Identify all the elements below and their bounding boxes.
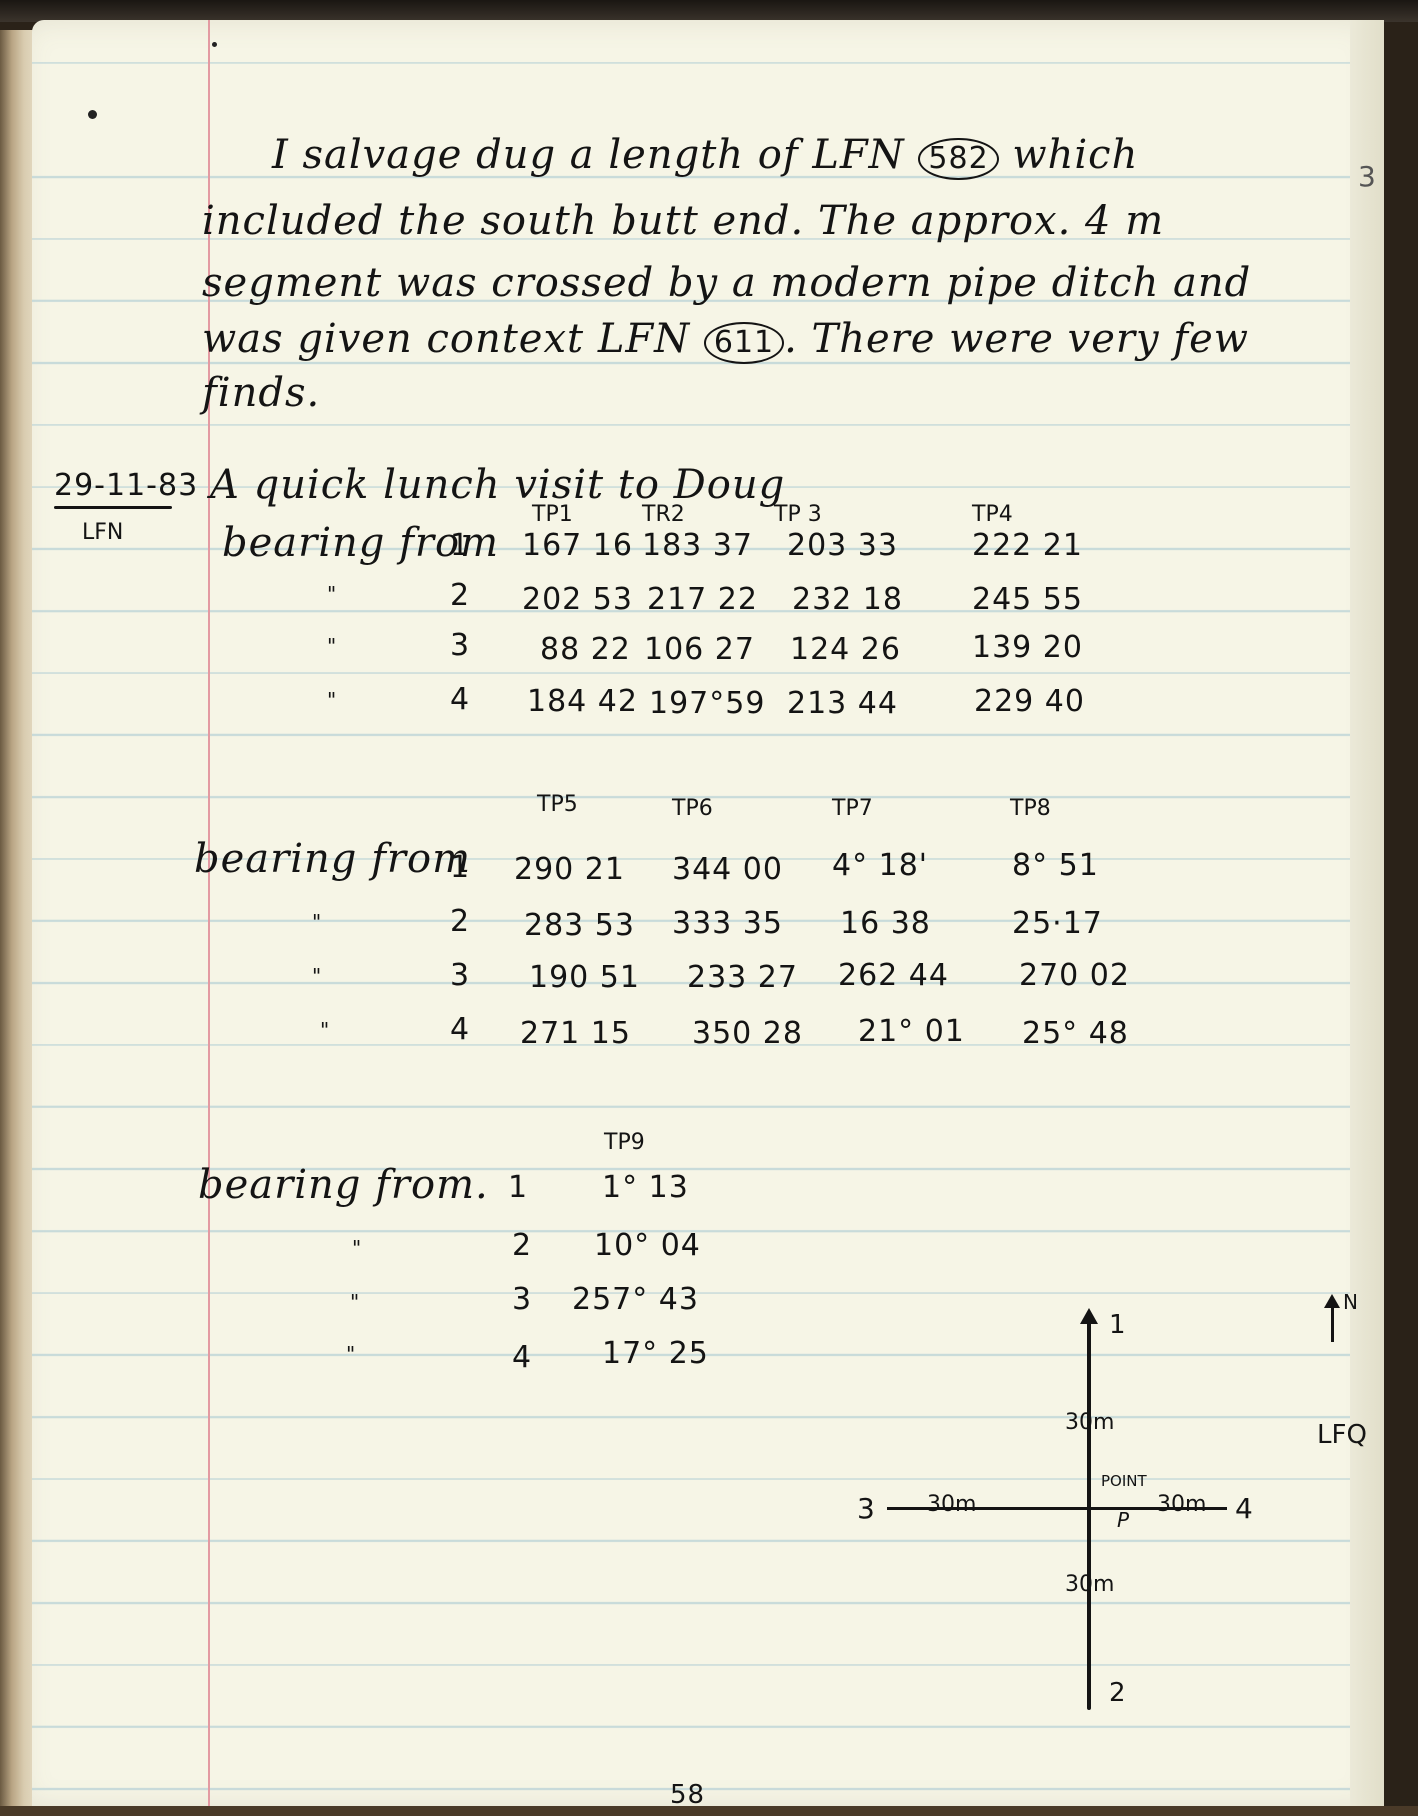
ditto-mark: " xyxy=(346,1342,356,1366)
table2-row1-from: 1 xyxy=(450,850,470,885)
table2-row4-from: 4 xyxy=(450,1012,470,1047)
point-center-label: POINT xyxy=(1101,1472,1147,1490)
table1-cell: 203 33 xyxy=(787,528,898,563)
table3-cell: 257° 43 xyxy=(572,1282,699,1317)
ditto-mark: " xyxy=(320,1018,330,1042)
table3-header-tp9: TP9 xyxy=(604,1130,645,1155)
ink-mark xyxy=(212,42,217,47)
table1-cell: 232 18 xyxy=(792,582,903,617)
table3-cell: 10° 04 xyxy=(594,1228,701,1263)
north-arrow-icon xyxy=(1324,1294,1340,1308)
table1-cell: 217 22 xyxy=(647,582,758,617)
table2-cell: 270 02 xyxy=(1019,958,1130,993)
table2-cell: 344 00 xyxy=(672,852,783,887)
table3-row4-from: 4 xyxy=(512,1340,532,1375)
table1-header-tp3: TP 3 xyxy=(774,502,822,527)
table2-cell: 16 38 xyxy=(840,906,931,941)
text: . There were very few xyxy=(784,316,1249,362)
paragraph-line-2: included the south butt end. The approx.… xyxy=(202,198,1164,244)
point-4-label: 4 xyxy=(1235,1492,1253,1525)
table1-cell: 184 42 xyxy=(527,684,638,719)
ditto-mark: " xyxy=(312,964,322,988)
table3-row3-from: 3 xyxy=(512,1282,532,1317)
notebook-page: 3 I salvage dug a length of LFN 582 whic… xyxy=(32,20,1384,1808)
table1-cell: 106 27 xyxy=(644,632,755,667)
ditto-mark: " xyxy=(312,910,322,934)
table1-cell: 245 55 xyxy=(972,582,1083,617)
paragraph-line-3: segment was crossed by a modern pipe dit… xyxy=(202,260,1251,306)
table1-row4-from: 4 xyxy=(450,682,470,717)
distance-south-label: 30m xyxy=(1065,1572,1114,1597)
table1-cell: 139 20 xyxy=(972,630,1083,665)
ditto-mark: " xyxy=(327,688,337,712)
distance-north-label: 30m xyxy=(1065,1410,1114,1435)
survey-point-diagram: 1 2 3 4 30m 30m 30m 30m POINT P N LFQ xyxy=(847,1280,1384,1720)
north-south-baseline xyxy=(1087,1320,1091,1710)
table2-cell: 25° 48 xyxy=(1022,1016,1129,1051)
text: which xyxy=(1012,132,1138,178)
table1-cell: 202 53 xyxy=(522,582,633,617)
table2-cell: 8° 51 xyxy=(1012,848,1099,883)
table1-cell: 88 22 xyxy=(540,632,631,667)
table1-row2-from: 2 xyxy=(450,578,470,613)
table2-cell-corrected: 25·17 xyxy=(1012,906,1103,941)
north-label: N xyxy=(1343,1290,1358,1314)
table1-header-tp4: TP4 xyxy=(972,502,1013,527)
table2-cell: 290 21 xyxy=(514,852,625,887)
table2-cell: 283 53 xyxy=(524,908,635,943)
table2-cell: 4° 18' xyxy=(832,848,928,883)
date-underline xyxy=(54,506,172,509)
table1-header-tp2: TR2 xyxy=(642,502,685,527)
table3-cell: 17° 25 xyxy=(602,1336,709,1371)
table2-row-label: bearing from xyxy=(194,836,471,882)
table1-row3-from: 3 xyxy=(450,628,470,663)
page-number: 58 xyxy=(670,1780,705,1808)
text: was given context LFN xyxy=(202,316,690,362)
point-2-label: 2 xyxy=(1109,1678,1126,1708)
entry-heading: A quick lunch visit to Doug xyxy=(210,462,785,508)
paragraph-line-4: was given context LFN 611. There were ve… xyxy=(202,316,1249,364)
point-center-mark: P xyxy=(1117,1508,1129,1532)
table2-header-tp7: TP7 xyxy=(832,796,873,821)
table3-row2-from: 2 xyxy=(512,1228,532,1263)
table1-cell: 124 26 xyxy=(790,632,901,667)
point-1-label: 1 xyxy=(1109,1310,1126,1340)
table3-row-label: bearing from. xyxy=(198,1162,489,1208)
table2-cell: 350 28 xyxy=(692,1016,803,1051)
table1-cell: 213 44 xyxy=(787,686,898,721)
table1-cell: 222 21 xyxy=(972,528,1083,563)
table3-cell: 1° 13 xyxy=(602,1170,689,1205)
table1-header-tp1: TP1 xyxy=(532,502,573,527)
text: I salvage dug a length of LFN xyxy=(272,132,905,178)
table2-cell: 333 35 xyxy=(672,906,783,941)
paragraph-line-5: finds. xyxy=(202,370,320,416)
context-number-582: 582 xyxy=(918,138,998,180)
table1-cell: 197°59 xyxy=(649,686,765,721)
table2-header-tp6: TP6 xyxy=(672,796,713,821)
table2-cell: 233 27 xyxy=(687,960,798,995)
site-code: LFN xyxy=(82,520,123,545)
book-bottom-edge xyxy=(0,1806,1418,1816)
distance-west-label: 30m xyxy=(927,1492,976,1517)
ditto-mark: " xyxy=(327,634,337,658)
point-3-label: 3 xyxy=(857,1492,875,1525)
table2-header-tp8: TP8 xyxy=(1010,796,1051,821)
context-number-611: 611 xyxy=(704,322,784,364)
table2-header-tp5: TP5 xyxy=(537,792,578,817)
table1-cell: 167 16 xyxy=(522,528,633,563)
table2-cell: 271 15 xyxy=(520,1016,631,1051)
table2-cell: 190 51 xyxy=(529,960,640,995)
ditto-mark: " xyxy=(327,582,337,606)
ditto-mark: " xyxy=(352,1236,362,1260)
arrow-up-icon xyxy=(1080,1308,1098,1324)
side-mark: 3 xyxy=(1358,160,1377,193)
table1-row1-from: 1 xyxy=(450,528,470,563)
ink-dot xyxy=(88,110,97,119)
ditto-mark: " xyxy=(350,1290,360,1314)
table2-cell: 262 44 xyxy=(838,958,949,993)
table2-row3-from: 3 xyxy=(450,958,470,993)
north-arrow-shaft xyxy=(1331,1302,1334,1342)
distance-east-label: 30m xyxy=(1157,1492,1206,1517)
book-top-shadow xyxy=(0,0,1418,22)
table3-row1-from: 1 xyxy=(508,1170,528,1205)
entry-date: 29-11-83 xyxy=(54,468,198,503)
table2-row2-from: 2 xyxy=(450,904,470,939)
table2-cell: 21° 01 xyxy=(858,1014,965,1049)
table1-cell: 183 37 xyxy=(642,528,753,563)
paragraph-line-1: I salvage dug a length of LFN 582 which xyxy=(272,132,1138,180)
site-label: LFQ xyxy=(1317,1420,1367,1450)
table1-cell: 229 40 xyxy=(974,684,1085,719)
